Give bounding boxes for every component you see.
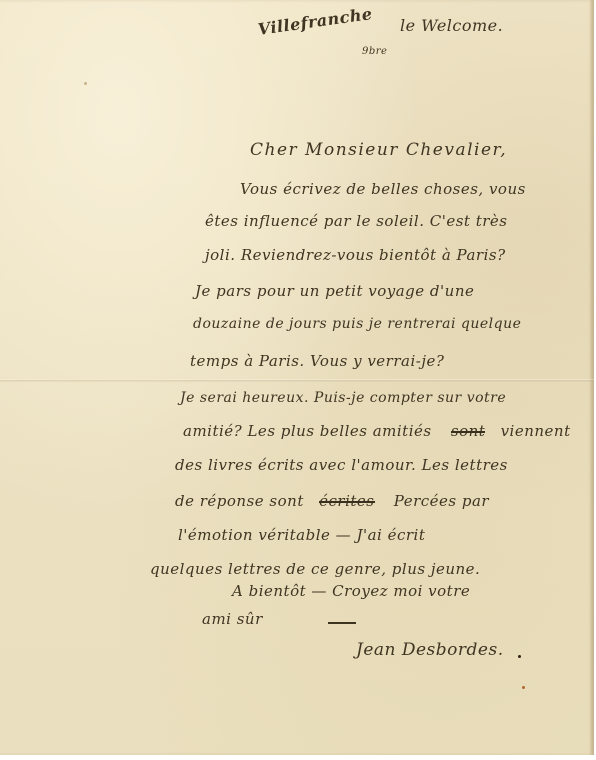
header-month: 9bre: [362, 46, 387, 57]
ink-dot: [518, 655, 521, 658]
horizontal-fold-crease: [0, 379, 594, 382]
paper-spot: [84, 82, 87, 85]
signature: Jean Desbordes.: [356, 640, 504, 660]
body-line-10-text: de réponse sont: [175, 492, 304, 510]
closing-dash: [328, 622, 356, 624]
letter-page: Villefranche le Welcome. 9bre Cher Monsi…: [0, 0, 594, 755]
body-line-10: de réponse sont écrites Percées par: [175, 492, 489, 510]
struck-word: sont: [451, 422, 485, 440]
body-line-12: quelques lettres de ce genre, plus jeune…: [150, 560, 480, 578]
body-line-10-tail: Percées par: [394, 492, 489, 510]
body-line-6: temps à Paris. Vous y verrai-je?: [190, 352, 444, 370]
body-line-7: Je serai heureux. Puis-je compter sur vo…: [180, 390, 506, 406]
closing-line-2: ami sûr: [202, 610, 263, 628]
paper-spot: [522, 686, 525, 689]
body-line-3: joli. Reviendrez-vous bientôt à Paris?: [205, 246, 506, 264]
struck-word: écrites: [319, 492, 374, 510]
body-line-8-text: amitié? Les plus belles amitiés: [183, 422, 432, 440]
salutation: Cher Monsieur Chevalier,: [250, 140, 507, 160]
body-line-8: amitié? Les plus belles amitiés sont vie…: [183, 422, 571, 440]
header-date: le Welcome.: [400, 16, 503, 35]
body-line-2: êtes influencé par le soleil. C'est très: [205, 212, 508, 230]
header-place: Villefranche: [257, 4, 374, 39]
body-line-8-tail: viennent: [501, 422, 571, 440]
body-line-1: Vous écrivez de belles choses, vous: [240, 180, 526, 198]
body-line-4: Je pars pour un petit voyage d'une: [195, 282, 474, 300]
right-edge-shadow: [590, 0, 594, 755]
body-line-5: douzaine de jours puis je rentrerai quel…: [193, 316, 521, 332]
closing-line-1: A bientôt — Croyez moi votre: [232, 582, 470, 600]
body-line-11: l'émotion véritable — J'ai écrit: [178, 526, 425, 544]
body-line-9: des livres écrits avec l'amour. Les lett…: [175, 456, 508, 474]
